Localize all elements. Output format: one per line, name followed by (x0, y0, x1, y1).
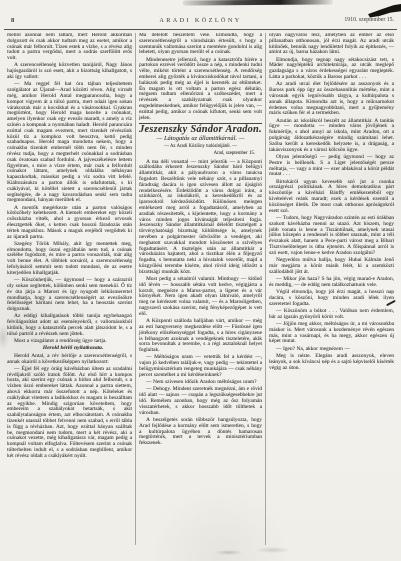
newspaper-page: 8 ARADI KÖZLÖNY 1910. szeptember 15. mel… (0, 0, 401, 561)
header-rule (4, 29, 397, 30)
body-paragraph: — Jöjjön meg akkor, méltóságos úr, a mi … (269, 322, 394, 345)
article-header: Jeszenszky Sándor Aradon. — Látogatás az… (139, 123, 262, 157)
issue-date: 1910. szeptember 15. (344, 17, 394, 23)
page-header: 8 ARADI KÖZLÖNY 1910. szeptember 15. (0, 14, 401, 29)
body-paragraph: Azután az iskolákról beszélt az államtit… (269, 119, 394, 154)
body-paragraph: A Központi szálloda halljában várt, amik… (139, 319, 262, 354)
section-subheading: Herold bérlő nyilatkozata. (7, 346, 132, 352)
body-paragraph: Most pedig a sétaútról valamit. Minthogy… (139, 277, 262, 318)
body-paragraph: Birtokáról ugyan kevesebb szó jut a cson… (269, 180, 394, 215)
article-subtitle: — Látogatás az államtitkárnál. — (139, 136, 262, 142)
body-paragraph: — Méltóságos uram — vetettük fel a kérdé… (139, 355, 262, 378)
text-columns: mellől azonnal nem láttam, mert Herold a… (4, 33, 397, 545)
body-paragraph: Negyedóra múlva hallja, hogy Hubai Kálmá… (269, 258, 394, 275)
body-paragraph: mellől azonnal nem láttam, mert Herold a… (7, 33, 132, 62)
body-paragraph: olyan nagyváros lesz, amelyben az ember … (269, 33, 394, 56)
body-paragraph: — Mikor jön haza? S ha jön, végig marad-… (269, 277, 394, 289)
article-headline: Jeszenszky Sándor Aradon. (139, 127, 262, 133)
body-paragraph: Szegény Török Mihály, akit így mentettek… (7, 242, 132, 277)
body-paragraph: Végül elmondja, hogy jól érzi magát, a h… (269, 290, 394, 307)
body-paragraph: A szerencsétlenség közvetlen tanújáról, … (7, 63, 132, 80)
scan-smudge-bottom (256, 547, 290, 553)
body-paragraph: — Ma reggel fél hat óra tájban teljesíte… (7, 82, 132, 204)
body-paragraph: — Köszönöm a bókot . . . Valóban nem érd… (269, 309, 394, 321)
scan-smudge-bottom (216, 550, 242, 555)
body-paragraph: — Dehogy. Mindent szeretnék megnézni, ám… (139, 387, 262, 416)
body-paragraph: — Igen? Na, akkor megnézem — (269, 347, 394, 353)
masthead-title: ARADI KÖZLÖNY (0, 17, 401, 24)
ink-smudge-top (183, 0, 333, 6)
body-paragraph: Ma délelőtt beszéltem vele. Elmondta, ho… (139, 33, 262, 56)
text-column-left: mellől azonnal nem láttam, mert Herold a… (4, 33, 135, 545)
body-paragraph: — Tudom, hogy Nagyváradon szintén az est… (269, 216, 394, 257)
text-column-middle: Ma délelőtt beszéltem vele. Elmondta, ho… (135, 33, 266, 545)
body-paragraph: Az eddigi kihallgatások többi tanúja egy… (7, 314, 132, 337)
body-paragraph: A beszélgetés során többször hangsúlyozt… (139, 418, 262, 447)
body-paragraph: A mentők megérkezte után a parton valósá… (7, 206, 132, 241)
text-column-right: olyan nagyváros lesz, amelyben az ember … (266, 33, 397, 545)
body-paragraph: — Éjjel fél egy óráig kávéházban ültem a… (7, 367, 132, 460)
body-paragraph: Herold Antal, a rév bérlője a szerencsét… (7, 354, 132, 366)
body-paragraph: Az aradi utcai élet fejlődésére az asszo… (269, 82, 394, 117)
article-dateline: Arad, szeptember 15. (139, 151, 255, 157)
body-paragraph: — Köszönhetjük, — úgymond — hogy a szára… (7, 278, 132, 313)
article-byline: — Az Aradi Közlöny tudósítójától. — (139, 144, 262, 150)
body-paragraph: Olyan jelentőségű — pedig úgymond — hogy… (269, 155, 394, 178)
body-paragraph: A ma déli vonattal — mint jeleztük — a K… (139, 160, 262, 276)
body-paragraph: Meg is nézte. Elegáns aradi asszonyok, e… (269, 354, 394, 371)
body-paragraph: Elmondja, hogy tegnap nagy sétakocsizást… (269, 58, 394, 81)
body-paragraph: Mindenesetre jellemző, hogy a katasztróf… (139, 58, 262, 122)
